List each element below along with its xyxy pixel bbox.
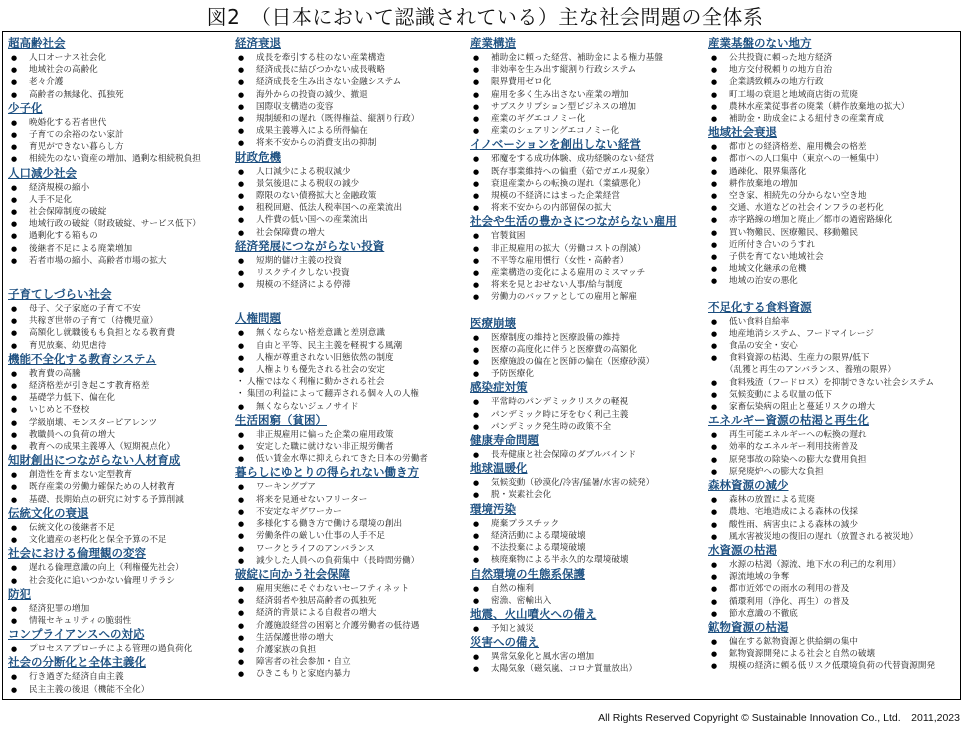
issue-list: 補助金に頼った経営、補助金による権力基盤非効率を生み出す縦割り行政システム限界費… — [470, 52, 706, 137]
issue-item: 風水害被災地の復旧の遅れ（放置される被災地） — [708, 531, 958, 543]
issue-item: 交通、水道などの社会インフラの老朽化 — [708, 202, 958, 214]
issue-item: プロセスアプローチによる管理の過負荷化 — [8, 643, 233, 655]
issue-list: 自然の権利密漁、密輸出入 — [470, 583, 706, 607]
issue-item: 酸性雨、病害虫による森林の減少 — [708, 519, 958, 531]
section-heading: 子育てしづらい社会 — [8, 287, 233, 302]
section-heading: 水資源の枯渇 — [708, 543, 958, 558]
issue-item: 規制緩和の遅れ（既得権益、縦割り行政） — [235, 113, 467, 125]
section-heading: エネルギー資源の枯渇と再生化 — [708, 413, 958, 428]
problem-section: 財政危機人口減少による税収減少景気後退による税収の減少際限のない債務拡大と金融政… — [235, 150, 467, 239]
problem-section: 超高齢社会人口オーナス社会化地域社会の高齢化老々介護高齢者の無縁化、孤独死 — [8, 36, 233, 101]
problem-section: 経済発展につながらない投資短期的儲け主義の投資リスクテイクしない投資規模の不経済… — [235, 239, 467, 292]
section-heading: 人権問題 — [235, 311, 467, 326]
problem-section: 人口減少社会経済規模の縮小人手不足化社会保障制度の破綻地域行政の破綻（財政破綻、… — [8, 166, 233, 267]
issue-item: 共稼ぎ世帯の子育て（待機児童） — [8, 315, 233, 327]
problem-section: エネルギー資源の枯渇と再生化再生可能エネルギーへの転換の遅れ効率的なエネルギー利… — [708, 413, 958, 478]
issue-item: 食料残渣（フードロス）を抑制できない社会システム — [708, 377, 958, 389]
issue-item: 食料資源の枯渇、生産力の限界/低下 — [708, 352, 958, 364]
issue-item: 無くならないジェノサイド — [235, 401, 467, 413]
section-heading: 知財創出につながらない人材育成 — [8, 453, 233, 468]
issue-item: サブスクリプション型ビジネスの増加 — [470, 101, 706, 113]
issue-item: 脱・炭素社会化 — [470, 489, 706, 501]
issue-item: 源流地域の争奪 — [708, 571, 958, 583]
issue-item: 将来不安からの内部留保の拡大 — [470, 202, 706, 214]
issue-list: 経済犯罪の増加情報セキュリティの脆弱性 — [8, 603, 233, 627]
issue-item: 創造性を育まない定型教育 — [8, 469, 233, 481]
page-title: 図2 （日本において認識されている）主な社会問題の全体系 — [0, 4, 970, 30]
issue-item: 買い物難民、医療難民、移動難民 — [708, 227, 958, 239]
issue-item: 無くならない格差意識と差別意識 — [235, 327, 467, 339]
issue-item: 既存産業の労働力確保ための人材教育 — [8, 481, 233, 493]
problem-section: 社会や生活の豊かさにつながらない雇用官製貧困非正規雇用の拡大（労働コストの削減）… — [470, 214, 706, 303]
issue-item: 景気後退による税収の減少 — [235, 178, 467, 190]
section-heading: 社会の分断化と全体主義化 — [8, 655, 233, 670]
section-heading: 社会や生活の豊かさにつながらない雇用 — [470, 214, 706, 229]
issue-list: 長寿健康と社会保障のダブルバインド — [470, 449, 706, 461]
issue-item: 後継者不足による廃業増加 — [8, 243, 233, 255]
issue-item: 基礎学力低下、偏在化 — [8, 392, 233, 404]
section-heading: 財政危機 — [235, 150, 467, 165]
issue-item: 地域の治安の悪化 — [708, 275, 958, 287]
issue-item: 原発事故の除染への膨大な費用負担 — [708, 454, 958, 466]
issue-item: 衰退産業からの転換の遅れ（業績悪化） — [470, 178, 706, 190]
section-heading: 生活困窮（貧困） — [235, 413, 467, 428]
section-heading: 災害への備え — [470, 635, 706, 650]
issue-item: 予防医療化 — [470, 368, 706, 380]
issue-item: 低い賃金水準に抑えられてきた日本の労働者 — [235, 453, 467, 465]
issue-item: 低い食料自給率 — [708, 316, 958, 328]
issue-item: 介護施設経営の困窮と介護労働者の低待遇 — [235, 620, 467, 632]
issue-item: 海外からの投資の減少、撤退 — [235, 89, 467, 101]
issue-item: 労働力のバッファとしての雇用と解雇 — [470, 291, 706, 303]
issue-item: 経済成長を生み出さない金融システム — [235, 76, 467, 88]
issue-item: 自由と平等、民主主義を軽視する風潮 — [235, 340, 467, 352]
issue-item: リスクテイクしない投資 — [235, 267, 467, 279]
issue-item: 若者市場の縮小、高齢者市場の拡大 — [8, 255, 233, 267]
issue-item: 企業誘致頼みの地方行政 — [708, 76, 958, 88]
issue-item: 偏在する鉱物資源と供給網の集中 — [708, 636, 958, 648]
issue-item: 育児放棄、幼児虐待 — [8, 340, 233, 352]
problem-section: 鉱物資源の枯渇偏在する鉱物資源と供給網の集中鉱物資源開発による社会と自然の破壊規… — [708, 620, 958, 673]
issue-item: 邪魔をする成功体験、成功経験のない経営 — [470, 153, 706, 165]
problem-section: 社会における倫理観の変容遅れる倫理意識の向上（利権優先社会）社会変化に追いつかな… — [8, 546, 233, 586]
issue-item: 森林の放置による荒廃 — [708, 494, 958, 506]
problem-section: 水資源の枯渇水源の枯渇（源流、地下水の利己的な利用）源流地域の争奪都市近郊での雨… — [708, 543, 958, 620]
issue-list: 官製貧困非正規雇用の拡大（労働コストの削減）不平等な雇用慣行（女性・高齢者）産業… — [470, 230, 706, 303]
issue-item: 人手不足化 — [8, 194, 233, 206]
problem-system-frame: 超高齢社会人口オーナス社会化地域社会の高齢化老々介護高齢者の無縁化、孤独死少子化… — [2, 31, 961, 700]
section-heading: 不足化する食料資源 — [708, 300, 958, 315]
issue-item: 老々介護 — [8, 76, 233, 88]
issue-list: 森林の放置による荒廃農地、宅地造成による森林の伐採酸性雨、病害虫による森林の減少… — [708, 494, 958, 543]
issue-list: 気候変動（砂漠化/冷害/猛暑/水害の続発）脱・炭素社会化 — [470, 477, 706, 501]
issue-item: 長寿健康と社会保障のダブルバインド — [470, 449, 706, 461]
section-heading: 破綻に向かう社会保障 — [235, 567, 467, 582]
column-3: 産業構造補助金に頼った経営、補助金による権力基盤非効率を生み出す縦割り行政システ… — [470, 36, 706, 676]
issue-item: 補助金に頼った経営、補助金による権力基盤 — [470, 52, 706, 64]
issue-item: 耕作放棄地の増加 — [708, 178, 958, 190]
issue-item: 町工場の衰退と地域商店街の荒廃 — [708, 89, 958, 101]
issue-item: 農林水産業従事者の廃業（耕作放棄地の拡大） — [708, 101, 958, 113]
issue-item: 農地、宅地造成による森林の伐採 — [708, 506, 958, 518]
issue-item: 人権が尊重されない旧態依然の制度 — [235, 352, 467, 364]
section-heading: コンプライアンスへの対応 — [8, 627, 233, 642]
issue-item: パンデミック発生時の政策不全 — [470, 421, 706, 433]
issue-list: 短期的儲け主義の投資リスクテイクしない投資規模の不経済による停滞 — [235, 255, 467, 292]
section-heading: 森林資源の減少 — [708, 478, 958, 493]
issue-item: 官製貧困 — [470, 230, 706, 242]
issue-list: 水源の枯渇（源流、地下水の利己的な利用）源流地域の争奪都市近郊での雨水の利用の普… — [708, 559, 958, 620]
issue-item: 水源の枯渇（源流、地下水の利己的な利用） — [708, 559, 958, 571]
issue-item: 気候変動による収量の低下 — [708, 389, 958, 401]
issue-list: 再生可能エネルギーへの転換の遅れ効率的なエネルギー利用技術普及原発事故の除染への… — [708, 429, 958, 478]
issue-item: 相続先のない資産の増加、過剰な相続税負担 — [8, 153, 233, 165]
issue-list: 廃棄プラスチック経済活動による環境破壊不法投棄による環境破壊核廃棄物による半永久… — [470, 518, 706, 567]
issue-item: 限界費用ゼロ化 — [470, 76, 706, 88]
issue-list: 行き過ぎた経済自由主義民主主義の後退（機能不全化） — [8, 671, 233, 695]
issue-item: 将来不安からの消費支出の抑制 — [235, 137, 467, 149]
issue-item: 行き過ぎた経済自由主義 — [8, 671, 233, 683]
issue-item: 社会保障費の増大 — [235, 227, 467, 239]
issue-item: 際限のない債務拡大と金融政策 — [235, 190, 467, 202]
problem-section: 生活困窮（貧困）非正規雇用に偏った企業の雇用政策安定した職に就けない非正規労働者… — [235, 413, 467, 466]
problem-section: 医療崩壊医療制度の維持と医療設備の維持医療の高度化に伴うと医療費の高額化医療施設… — [470, 316, 706, 381]
section-heading: 地震、火山噴火への備え — [470, 607, 706, 622]
problem-section: 地域社会衰退都市との経済格差、雇用機会の格差都市への人口集中（東京への一極集中）… — [708, 125, 958, 287]
issue-item: 人口オーナス社会化 — [8, 52, 233, 64]
issue-item: 医療施設の偏在と医師の偏在（医療砂漠） — [470, 356, 706, 368]
issue-item: 不法投棄による環境破壊 — [470, 542, 706, 554]
section-heading: 健康寿命問題 — [470, 433, 706, 448]
issue-item: 介護家族の負担 — [235, 644, 467, 656]
issue-list: 母子、父子家庭の子育て不安共稼ぎ世帯の子育て（待機児童）高額化し就職後もも負担と… — [8, 303, 233, 352]
problem-section: コンプライアンスへの対応プロセスアプローチによる管理の過負荷化 — [8, 627, 233, 655]
issue-item: 都市との経済格差、雇用機会の格差 — [708, 141, 958, 153]
issue-list: 都市との経済格差、雇用機会の格差都市への人口集中（東京への一極集中）過疎化、限界… — [708, 141, 958, 287]
issue-item: 教職員への負荷の増大 — [8, 429, 233, 441]
issue-item: 密漁、密輸出入 — [470, 595, 706, 607]
section-heading: 環境汚染 — [470, 502, 706, 517]
issue-item: 医療の高度化に伴うと医療費の高額化 — [470, 344, 706, 356]
issue-item: 規模の経済に頼る低リスク低環境負荷の代替資源開発 — [708, 660, 958, 672]
issue-item: 経済成長に結びつかない成長戦略 — [235, 64, 467, 76]
issue-item: 鉱物資源開発による社会と自然の破壊 — [708, 648, 958, 660]
issue-item: 人口減少による税収減少 — [235, 166, 467, 178]
section-heading: 防犯 — [8, 587, 233, 602]
issue-item: 平常時のパンデミックリスクの軽視 — [470, 396, 706, 408]
issue-item: 非正規雇用に偏った企業の雇用政策 — [235, 429, 467, 441]
issue-item: 経済格差が引き起こす教育格差 — [8, 380, 233, 392]
section-heading: 社会における倫理観の変容 — [8, 546, 233, 561]
issue-item: 再生可能エネルギーへの転換の遅れ — [708, 429, 958, 441]
issue-item: 廃棄プラスチック — [470, 518, 706, 530]
issue-item: 民主主義の後退（機能不全化） — [8, 684, 233, 696]
issue-list: 遅れる倫理意識の向上（利権優先社会）社会変化に追いつかない倫理リテラシ — [8, 562, 233, 586]
issue-item: 産業のギグエコノミー化 — [470, 113, 706, 125]
issue-list: 晩婚化する若者世代子育ての余裕のない家計育児ができない暮らし方相続先のない資産の… — [8, 117, 233, 166]
issue-item: 経済規模の縮小 — [8, 182, 233, 194]
issue-item: 将来を見通せないフリーター — [235, 494, 467, 506]
issue-item: 経済活動による環境破壊 — [470, 530, 706, 542]
issue-item: 国際収支構造の変容 — [235, 101, 467, 113]
issue-item: 規模の不経済にはまった企業経営 — [470, 190, 706, 202]
issue-item: 地域社会の高齢化 — [8, 64, 233, 76]
problem-section: 健康寿命問題長寿健康と社会保障のダブルバインド — [470, 433, 706, 461]
issue-list: 偏在する鉱物資源と供給網の集中鉱物資源開発による社会と自然の破壊規模の経済に頼る… — [708, 636, 958, 673]
problem-section: 知財創出につながらない人材育成創造性を育まない定型教育既存産業の労働力確保ための… — [8, 453, 233, 506]
problem-section: イノベーションを創出しない経営邪魔をする成功体験、成功経験のない経営既存事業維持… — [470, 137, 706, 214]
issue-item: 非効率を生み出す縦割り行政システム — [470, 64, 706, 76]
section-heading: 超高齢社会 — [8, 36, 233, 51]
sub-issue-item: 集団の利益によって翻弄される個々人の人権 — [235, 388, 467, 400]
issue-item: 家畜伝染病の阻止と蔓延リスクの増大 — [708, 401, 958, 413]
issue-item: 晩婚化する若者世代 — [8, 117, 233, 129]
issue-item: 成果主義導入による所得偏在 — [235, 125, 467, 137]
issue-item: いじめと不登校 — [8, 404, 233, 416]
issue-item: 空き家、相続先の分からない空き地 — [708, 190, 958, 202]
issue-item: 産業構造の変化による雇用のミスマッチ — [470, 267, 706, 279]
section-heading: 鉱物資源の枯渇 — [708, 620, 958, 635]
issue-list: 予知と減災 — [470, 623, 706, 635]
issue-list: 医療制度の維持と医療設備の維持医療の高度化に伴うと医療費の高額化医療施設の偏在と… — [470, 332, 706, 381]
issue-item: 補助金・助成金による紐付きの産業育成 — [708, 113, 958, 125]
problem-section: 破綻に向かう社会保障雇用実態にそぐわないセーフティネット経済弱者や独居高齢者の孤… — [235, 567, 467, 681]
issue-item: 雇用を多く生み出さない産業の増加 — [470, 89, 706, 101]
issue-item: 原発廃炉への膨大な負担 — [708, 466, 958, 478]
issue-item: ひきこもりと家庭内暴力 — [235, 668, 467, 680]
issue-item: 将来を見とおせない人事/給与制度 — [470, 279, 706, 291]
issue-list: 経済規模の縮小人手不足化社会保障制度の破綻地域行政の破綻（財政破綻、サービス低下… — [8, 182, 233, 267]
issue-item: 過剰化する箱もの — [8, 230, 233, 242]
issue-item: 遅れる倫理意識の向上（利権優先社会） — [8, 562, 233, 574]
issue-item: 公共投資に頼った地方経済 — [708, 52, 958, 64]
issue-item: 減少した人員への負荷集中（長時間労働） — [235, 555, 467, 567]
issue-item: 規模の不経済による停滞 — [235, 279, 467, 291]
issue-list: 人口オーナス社会化地域社会の高齢化老々介護高齢者の無縁化、孤独死 — [8, 52, 233, 101]
problem-section: 地震、火山噴火への備え予知と減災 — [470, 607, 706, 635]
issue-list: 無くならない格差意識と差別意識自由と平等、民主主義を軽視する風潮人権が尊重されな… — [235, 327, 467, 412]
issue-item: 生活保護世帯の増大 — [235, 632, 467, 644]
issue-list: ワーキングプア将来を見通せないフリーター不安定なギグワーカー多様化する働き方で働… — [235, 481, 467, 566]
issue-item: 母子、父子家庭の子育て不安 — [8, 303, 233, 315]
issue-item: 基礎、長期始点の研究に対する予算削減 — [8, 494, 233, 506]
section-heading: 医療崩壊 — [470, 316, 706, 331]
section-heading: 地域社会衰退 — [708, 125, 958, 140]
issue-item: 産業のシェアリングエコノミー化 — [470, 125, 706, 137]
problem-section: 経済衰退成長を牽引する柱のない産業構造経済成長に結びつかない成長戦略経済成長を生… — [235, 36, 467, 150]
issue-item: 都市への人口集中（東京への一極集中） — [708, 153, 958, 165]
problem-section: 不足化する食料資源低い食料自給率地産地消システム、フードマイレージ食品の安全・安… — [708, 300, 958, 414]
section-heading: 感染症対策 — [470, 380, 706, 395]
section-heading: 産業構造 — [470, 36, 706, 51]
issue-list: 低い食料自給率地産地消システム、フードマイレージ食品の安全・安心食料資源の枯渇、… — [708, 316, 958, 414]
problem-section: 少子化晩婚化する若者世代子育ての余裕のない家計育児ができない暮らし方相続先のない… — [8, 101, 233, 166]
issue-item: 地方交付税頼りの地方自治 — [708, 64, 958, 76]
issue-list: 邪魔をする成功体験、成功経験のない経営既存事業維持への偏重（茹でガエル現象）衰退… — [470, 153, 706, 214]
section-heading: イノベーションを創出しない経営 — [470, 137, 706, 152]
issue-list: 伝統文化の後継者不足文化遺産の老朽化と保全予算の不足 — [8, 522, 233, 546]
section-heading: 産業基盤のない地方 — [708, 36, 958, 51]
issue-item: 核廃棄物による半永久的な環境破壊 — [470, 554, 706, 566]
problem-section: 防犯経済犯罪の増加情報セキュリティの脆弱性 — [8, 587, 233, 627]
problem-section: 社会の分断化と全体主義化行き過ぎた経済自由主義民主主義の後退（機能不全化） — [8, 655, 233, 695]
column-1: 超高齢社会人口オーナス社会化地域社会の高齢化老々介護高齢者の無縁化、孤独死少子化… — [8, 36, 233, 696]
column-4: 産業基盤のない地方公共投資に頼った地方経済地方交付税頼りの地方自治企業誘致頼みの… — [708, 36, 958, 673]
issue-item: 循環利用（浄化、再生）の普及 — [708, 596, 958, 608]
issue-item: 多様化する働き方で働ける環境の創出 — [235, 518, 467, 530]
issue-item: 医療制度の維持と医療設備の維持 — [470, 332, 706, 344]
problem-section: 暮らしにゆとりの得られない働き方ワーキングプア将来を見通せないフリーター不安定な… — [235, 465, 467, 566]
issue-item: 予知と減災 — [470, 623, 706, 635]
issue-item: 地域行政の破綻（財政破綻、サービス低下） — [8, 218, 233, 230]
issue-item: 育児ができない暮らし方 — [8, 141, 233, 153]
problem-section: 産業基盤のない地方公共投資に頼った地方経済地方交付税頼りの地方自治企業誘致頼みの… — [708, 36, 958, 125]
issue-item: 赤字路線の増加と廃止／都市の過密路線化 — [708, 214, 958, 226]
issue-item: 教育への成果主義導入（短期視点化） — [8, 441, 233, 453]
problem-section: 感染症対策平常時のパンデミックリスクの軽視パンデミック時に牙をむく利己主義パンデ… — [470, 380, 706, 433]
issue-item: 人権よりも優先される社会の安定 — [235, 364, 467, 376]
section-heading: 暮らしにゆとりの得られない働き方 — [235, 465, 467, 480]
issue-item: 短期的儲け主義の投資 — [235, 255, 467, 267]
issue-list: 教育費の高騰経済格差が引き起こす教育格差基礎学力低下、偏在化いじめと不登校学級崩… — [8, 368, 233, 453]
problem-section: 森林資源の減少森林の放置による荒廃農地、宅地造成による森林の伐採酸性雨、病害虫に… — [708, 478, 958, 543]
issue-item: 自然の権利 — [470, 583, 706, 595]
section-heading: 経済発展につながらない投資 — [235, 239, 467, 254]
issue-item: ワークとライフのアンバランス — [235, 543, 467, 555]
issue-item: 教育費の高騰 — [8, 368, 233, 380]
section-heading: 経済衰退 — [235, 36, 467, 51]
problem-section: 人権問題無くならない格差意識と差別意識自由と平等、民主主義を軽視する風潮人権が尊… — [235, 311, 467, 412]
issue-item: 非正規雇用の拡大（労働コストの削減） — [470, 243, 706, 255]
issue-item: 節水意識の不徹底 — [708, 608, 958, 620]
section-heading: 伝統文化の衰退 — [8, 506, 233, 521]
issue-item: 労働条件の厳しい仕事の人手不足 — [235, 530, 467, 542]
issue-item: 社会保障制度の破綻 — [8, 206, 233, 218]
issue-item: 高齢者の無縁化、孤独死 — [8, 89, 233, 101]
section-heading: 地球温暖化 — [470, 461, 706, 476]
issue-list: 公共投資に頼った地方経済地方交付税頼りの地方自治企業誘致頼みの地方行政町工場の衰… — [708, 52, 958, 125]
issue-item: 効率的なエネルギー利用技術普及 — [708, 441, 958, 453]
issue-item: 文化遺産の老朽化と保全予算の不足 — [8, 534, 233, 546]
issue-item: 近所付き合いのうすれ — [708, 239, 958, 251]
issue-item: 伝統文化の後継者不足 — [8, 522, 233, 534]
issue-item: 過疎化、限界集落化 — [708, 166, 958, 178]
issue-item: パンデミック時に牙をむく利己主義 — [470, 409, 706, 421]
issue-item: 学級崩壊、モンスターピアレンツ — [8, 417, 233, 429]
issue-item: 既存事業維持への偏重（茹でガエル現象） — [470, 166, 706, 178]
issue-item: 気候変動（砂漠化/冷害/猛暑/水害の続発） — [470, 477, 706, 489]
issue-item: 情報セキュリティの脆弱性 — [8, 615, 233, 627]
issue-item: 不安定なギグワーカー — [235, 506, 467, 518]
problem-section: 自然環境の生態系保護自然の権利密漁、密輸出入 — [470, 567, 706, 607]
issue-list: 創造性を育まない定型教育既存産業の労働力確保ための人材教育基礎、長期始点の研究に… — [8, 469, 233, 506]
problem-section: 産業構造補助金に頼った経営、補助金による権力基盤非効率を生み出す縦割り行政システ… — [470, 36, 706, 137]
issue-item: 地産地消システム、フードマイレージ — [708, 328, 958, 340]
issue-item: 成長を牽引する柱のない産業構造 — [235, 52, 467, 64]
issue-list: 人口減少による税収減少景気後退による税収の減少際限のない債務拡大と金融政策租税回… — [235, 166, 467, 239]
issue-item: 経済的背景による自殺者の増大 — [235, 607, 467, 619]
issue-item: 子育ての余裕のない家計 — [8, 129, 233, 141]
problem-section: 地球温暖化気候変動（砂漠化/冷害/猛暑/水害の続発）脱・炭素社会化 — [470, 461, 706, 501]
problem-section: 伝統文化の衰退伝統文化の後継者不足文化遺産の老朽化と保全予算の不足 — [8, 506, 233, 546]
problem-section: 災害への備え異常気象化と風水害の増加太陽気象（磁気嵐、コロナ質量放出） — [470, 635, 706, 675]
section-heading: 機能不全化する教育システム — [8, 352, 233, 367]
issue-list: 成長を牽引する柱のない産業構造経済成長に結びつかない成長戦略経済成長を生み出さな… — [235, 52, 467, 150]
issue-item: 雇用実態にそぐわないセーフティネット — [235, 583, 467, 595]
issue-list: 雇用実態にそぐわないセーフティネット経済弱者や独居高齢者の孤独死経済的背景による… — [235, 583, 467, 681]
issue-list: プロセスアプローチによる管理の過負荷化 — [8, 643, 233, 655]
issue-item: 障害者の社会参加・自立 — [235, 656, 467, 668]
issue-list: 非正規雇用に偏った企業の雇用政策安定した職に就けない非正規労働者低い賃金水準に抑… — [235, 429, 467, 466]
issue-item: 子供を育てない地域社会 — [708, 251, 958, 263]
issue-item: 租税回避、低法人税率国への産業流出 — [235, 202, 467, 214]
issue-item: 都市近郊での雨水の利用の普及 — [708, 583, 958, 595]
copyright-notice: All Rights Reserved Copyright © Sustaina… — [598, 710, 960, 725]
issue-item: 安定した職に就けない非正規労働者 — [235, 441, 467, 453]
issue-item: 不平等な雇用慣行（女性・高齢者） — [470, 255, 706, 267]
section-heading: 人口減少社会 — [8, 166, 233, 181]
problem-section: 環境汚染廃棄プラスチック経済活動による環境破壊不法投棄による環境破壊核廃棄物によ… — [470, 502, 706, 567]
issue-item: 異常気象化と風水害の増加 — [470, 651, 706, 663]
column-2: 経済衰退成長を牽引する柱のない産業構造経済成長に結びつかない成長戦略経済成長を生… — [235, 36, 467, 681]
problem-section: 機能不全化する教育システム教育費の高騰経済格差が引き起こす教育格差基礎学力低下、… — [8, 352, 233, 453]
issue-item: 人件費の低い国への産業流出 — [235, 214, 467, 226]
issue-item: 社会変化に追いつかない倫理リテラシ — [8, 575, 233, 587]
section-heading: 自然環境の生態系保護 — [470, 567, 706, 582]
problem-section: 子育てしづらい社会母子、父子家庭の子育て不安共稼ぎ世帯の子育て（待機児童）高額化… — [8, 287, 233, 352]
sub-issue-item: 人権ではなく利権に動かされる社会 — [235, 376, 467, 388]
issue-item: 地域文化継承の危機 — [708, 263, 958, 275]
issue-item: 経済弱者や独居高齢者の孤独死 — [235, 595, 467, 607]
issue-list: 平常時のパンデミックリスクの軽視パンデミック時に牙をむく利己主義パンデミック発生… — [470, 396, 706, 433]
section-heading: 少子化 — [8, 101, 233, 116]
issue-list: 異常気象化と風水害の増加太陽気象（磁気嵐、コロナ質量放出） — [470, 651, 706, 675]
issue-item: 食品の安全・安心 — [708, 340, 958, 352]
issue-item: 太陽気象（磁気嵐、コロナ質量放出） — [470, 663, 706, 675]
issue-item: 経済犯罪の増加 — [8, 603, 233, 615]
issue-item: 高額化し就職後もも負担となる教育費 — [8, 327, 233, 339]
issue-item: ワーキングプア — [235, 481, 467, 493]
issue-item-continuation: （乱獲と再生のアンバランス、養殖の限界） — [708, 364, 958, 376]
